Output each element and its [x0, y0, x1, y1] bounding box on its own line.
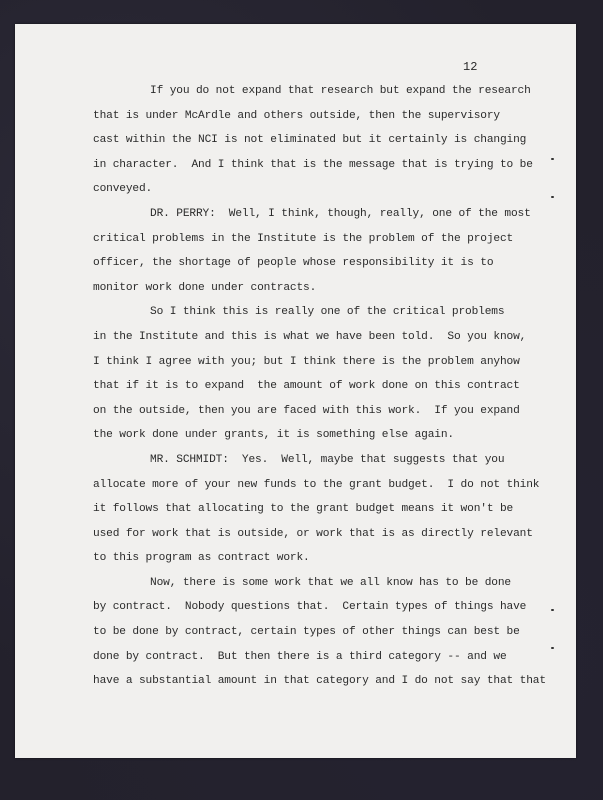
text-line: DR. PERRY: Well, I think, though, really…: [93, 202, 533, 227]
text-line: have a substantial amount in that catego…: [93, 669, 533, 694]
text-line: on the outside, then you are faced with …: [93, 399, 533, 424]
text-line: officer, the shortage of people whose re…: [93, 251, 533, 276]
text-line: that if it is to expand the amount of wo…: [93, 374, 533, 399]
text-line: to be done by contract, certain types of…: [93, 620, 533, 645]
text-line: critical problems in the Institute is th…: [93, 227, 533, 252]
text-line: monitor work done under contracts.: [93, 276, 533, 301]
page-number: 12: [463, 60, 477, 74]
text-line: Now, there is some work that we all know…: [93, 571, 533, 596]
text-line: MR. SCHMIDT: Yes. Well, maybe that sugge…: [93, 448, 533, 473]
margin-dot: [551, 609, 554, 611]
text-line: used for work that is outside, or work t…: [93, 522, 533, 547]
text-line: by contract. Nobody questions that. Cert…: [93, 595, 533, 620]
text-line: I think I agree with you; but I think th…: [93, 350, 533, 375]
text-line: it follows that allocating to the grant …: [93, 497, 533, 522]
text-line: If you do not expand that research but e…: [93, 79, 533, 104]
text-line: in the Institute and this is what we hav…: [93, 325, 533, 350]
margin-dot: [551, 196, 554, 198]
text-line: in character. And I think that is the me…: [93, 153, 533, 178]
transcript-text: If you do not expand that research but e…: [93, 79, 533, 694]
document-page: 12 If you do not expand that research bu…: [15, 24, 576, 758]
text-line: conveyed.: [93, 177, 533, 202]
margin-dot: [551, 158, 554, 160]
text-line: allocate more of your new funds to the g…: [93, 473, 533, 498]
text-line: to this program as contract work.: [93, 546, 533, 571]
text-line: cast within the NCI is not eliminated bu…: [93, 128, 533, 153]
text-line: that is under McArdle and others outside…: [93, 104, 533, 129]
margin-dot: [551, 647, 554, 649]
text-line: the work done under grants, it is someth…: [93, 423, 533, 448]
text-line: So I think this is really one of the cri…: [93, 300, 533, 325]
text-line: done by contract. But then there is a th…: [93, 645, 533, 670]
